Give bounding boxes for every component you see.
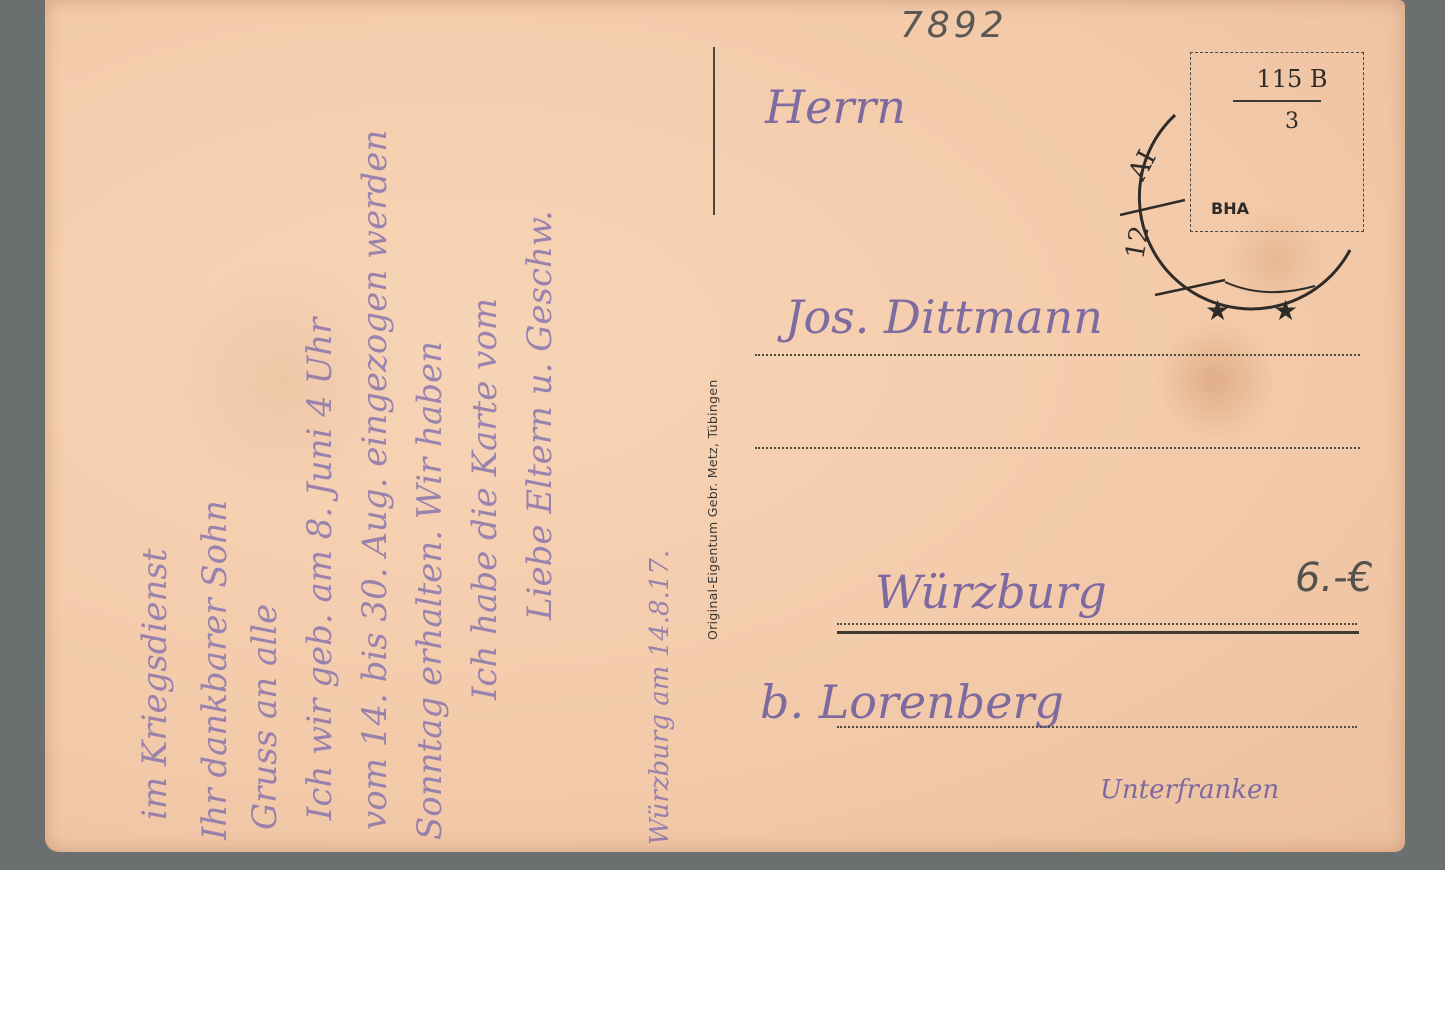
stamp-numerator: 115 B <box>1191 65 1363 93</box>
address-salutation: Herrn <box>765 80 906 134</box>
postmark-text: AI <box>1122 146 1163 187</box>
postcard: 7892 Original-Eigentum Gebr. Metz, Tübin… <box>45 0 1405 852</box>
address-line-2 <box>755 447 1360 449</box>
message-line: vom 14. bis 30. Aug. eingezogen werden <box>355 130 395 830</box>
message-line: Liebe Eltern u. Geschw. <box>520 210 560 620</box>
message-line: Ich habe die Karte vom <box>465 298 505 700</box>
address-line-4 <box>837 726 1357 728</box>
message-line: Ihr dankbarer Sohn <box>195 500 235 840</box>
address-city: Würzburg <box>875 565 1107 619</box>
address-underline <box>837 631 1359 634</box>
address-line-3 <box>837 623 1357 625</box>
postmark-icon: AI 12 ★ ★ <box>1115 100 1355 340</box>
message-line: Gruss an alle <box>245 604 285 830</box>
address-street: b. Lorenberg <box>760 675 1064 729</box>
postmark-stars: ★ <box>1205 294 1230 327</box>
message-line: Ich wir geb. am 8. Juni 4 Uhr <box>300 318 340 820</box>
publisher-imprint: Original-Eigentum Gebr. Metz, Tübingen <box>705 379 720 640</box>
address-name: Jos. Dittmann <box>785 290 1103 344</box>
center-divider <box>713 47 715 215</box>
postmark-day: 12 <box>1120 223 1155 261</box>
inventory-number: 7892 <box>900 5 1008 46</box>
address-region: Unterfranken <box>1100 775 1279 805</box>
message-line: Sonntag erhalten. Wir haben <box>410 341 450 840</box>
message-line: im Kriegsdienst <box>135 548 175 820</box>
dateline: Würzburg am 14.8.17. <box>645 550 675 845</box>
postmark-stars: ★ <box>1273 294 1298 327</box>
address-line-1 <box>755 354 1360 356</box>
price-note: 6.-€ <box>1295 555 1373 601</box>
